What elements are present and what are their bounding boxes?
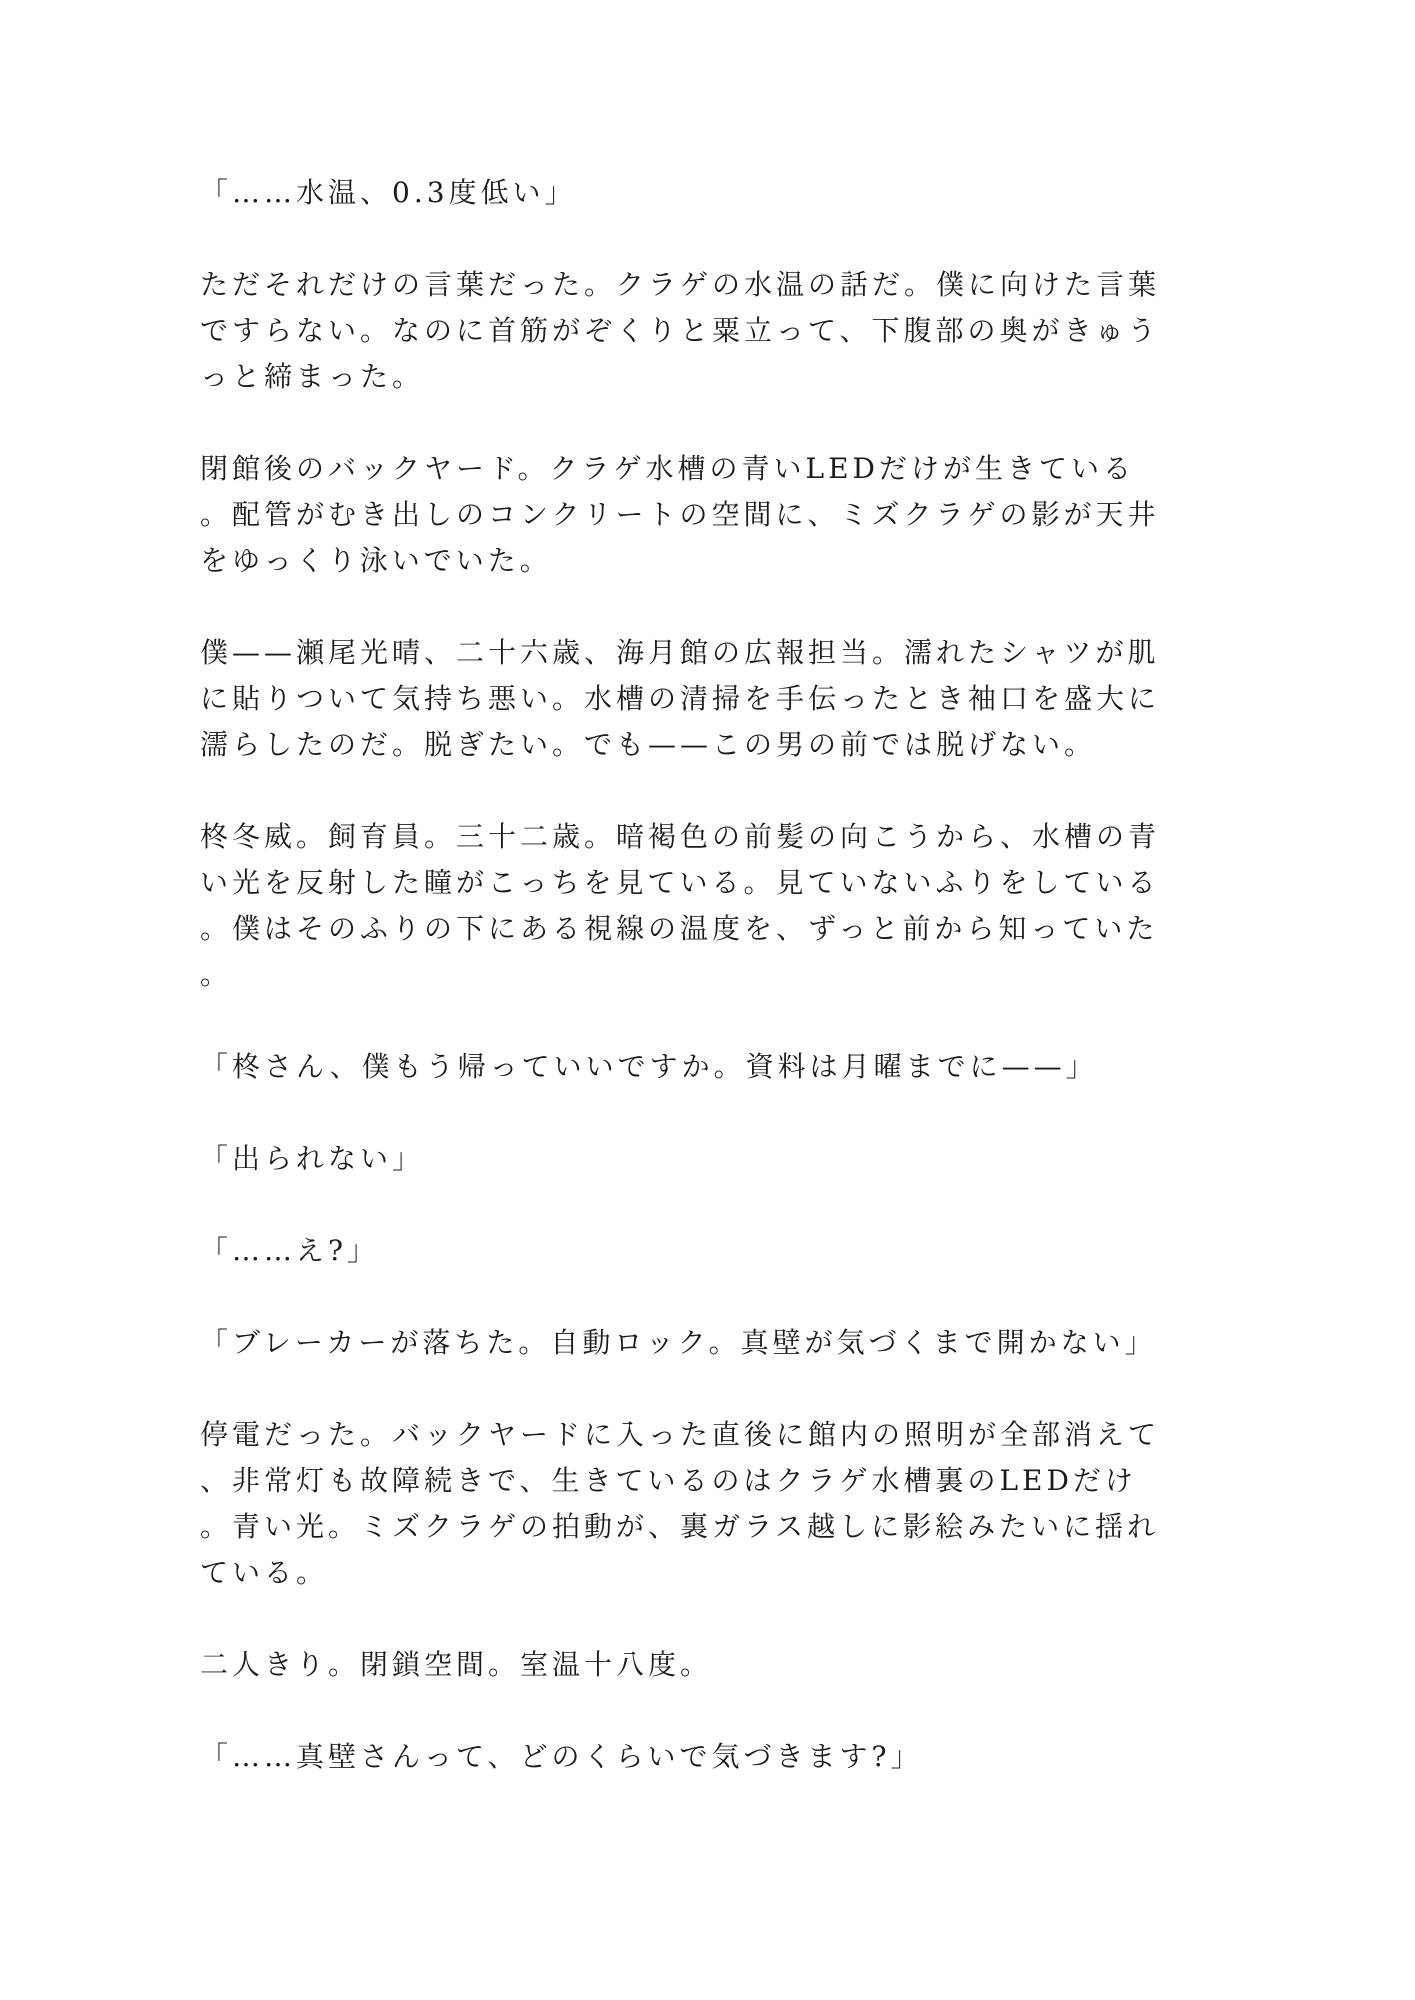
paragraph-5-narration-hiiragi: 柊冬威。飼育員。三十二歳。暗褐色の前髪の向こうから、水槽の青 い光を反射した瞳が… xyxy=(200,814,1235,998)
paragraph-6-dialogue-question: 「柊さん、僕もう帰っていいですか。資料は月曜までに——」 xyxy=(200,1044,1235,1090)
paragraph-12-dialogue-makabe: 「……真壁さんって、どのくらいで気づきます?」 xyxy=(200,1734,1235,1780)
paragraph-7-dialogue-cannot-leave: 「出られない」 xyxy=(200,1136,1235,1182)
paragraph-1-dialogue-water-temp: 「……水温、0.3度低い」 xyxy=(200,170,1235,216)
paragraph-3-narration-backyard: 閉館後のバックヤード。クラゲ水槽の青いLEDだけが生きている 。配管がむき出しの… xyxy=(200,446,1235,584)
paragraph-9-dialogue-breaker: 「ブレーカーが落ちた。自動ロック。真壁が気づくまで開かない」 xyxy=(200,1320,1235,1366)
paragraph-11-narration-two-alone: 二人きり。閉鎖空間。室温十八度。 xyxy=(200,1642,1235,1688)
paragraph-8-dialogue-eh: 「……え?」 xyxy=(200,1228,1235,1274)
page: 「……水温、0.3度低い」 ただそれだけの言葉だった。クラゲの水温の話だ。僕に向… xyxy=(0,0,1415,2000)
paragraph-10-narration-blackout: 停電だった。バックヤードに入った直後に館内の照明が全部消えて 、非常灯も故障続き… xyxy=(200,1412,1235,1596)
paragraph-4-narration-protagonist: 僕——瀬尾光晴、二十六歳、海月館の広報担当。濡れたシャツが肌 に貼りついて気持ち… xyxy=(200,630,1235,768)
paragraph-2-narration-reaction: ただそれだけの言葉だった。クラゲの水温の話だ。僕に向けた言葉 ですらない。なのに… xyxy=(200,262,1235,400)
